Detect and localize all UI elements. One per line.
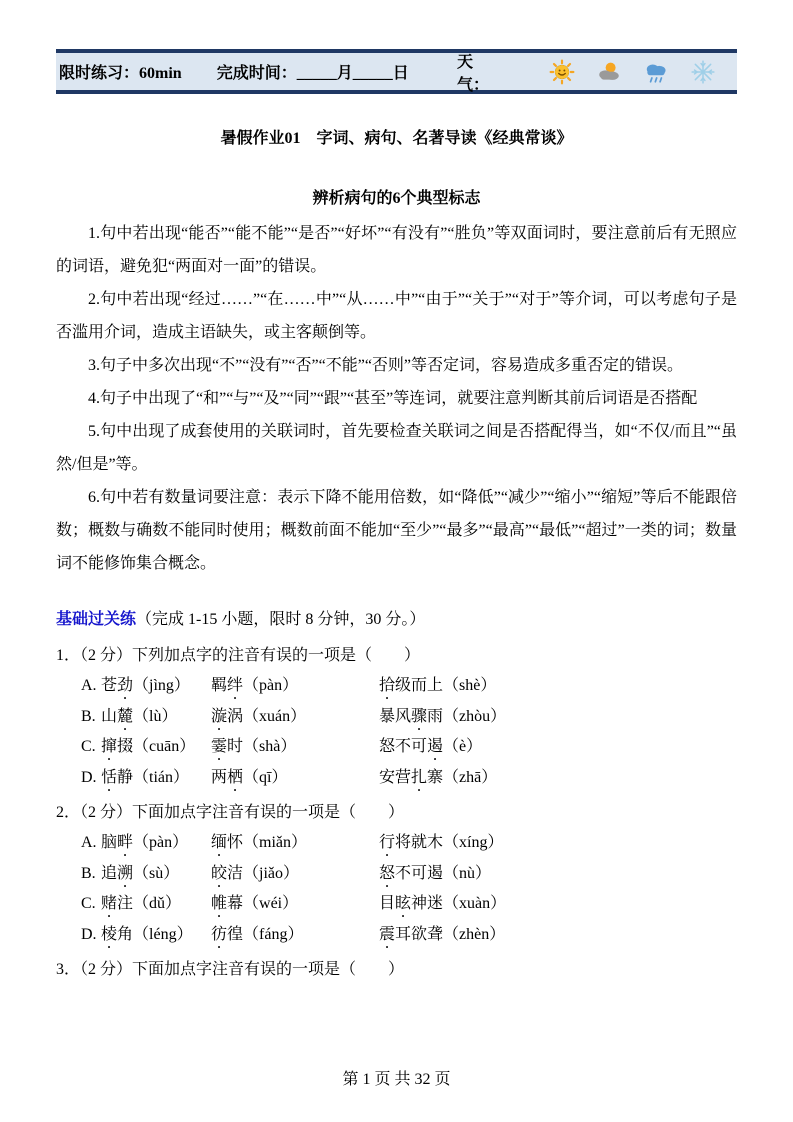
emphasized-char: 彷: [211, 926, 227, 943]
option-letter: C.: [81, 889, 101, 920]
completion-time-label: 完成时间：_____月_____日: [217, 60, 457, 83]
emphasized-char: 皎: [211, 865, 227, 882]
weather-label: 天气：: [457, 49, 489, 95]
option-word: 怒不可遏（è）: [379, 732, 737, 763]
option-word: 脑畔（pàn）: [101, 828, 211, 859]
option-row-1C: C.撺掇（cuān）霎时（shà）怒不可遏（è）: [56, 732, 737, 763]
option-word: 两栖（qī）: [211, 763, 379, 794]
tip-paragraph-3: 3.句子中多次出现“不”“没有”“否”“不能”“否则”等否定词，容易造成多重否定…: [56, 349, 737, 382]
option-word: 行将就木（xíng）: [379, 828, 737, 859]
emphasized-char: 遏: [427, 738, 443, 755]
emphasized-char: 帷: [211, 895, 227, 912]
emphasized-char: 霎: [211, 738, 227, 755]
option-row-2C: C.赌注（dǔ）帷幕（wéi）目眩神迷（xuàn）: [56, 889, 737, 920]
option-letter: B.: [81, 702, 101, 733]
sun-smiling-icon: [549, 59, 575, 85]
emphasized-char: 眩: [395, 895, 411, 912]
time-limit-label: 限时练习：60min: [59, 60, 217, 83]
option-row-1D: D.恬静（tián）两栖（qī）安营扎寨（zhā）: [56, 763, 737, 794]
option-word: 霎时（shà）: [211, 732, 379, 763]
option-letter: C.: [81, 732, 101, 763]
emphasized-char: 震: [379, 926, 395, 943]
emphasized-char: 溯: [117, 865, 133, 882]
emphasized-char: 赌: [101, 895, 117, 912]
tip-paragraph-2: 2.句中若出现“经过……”“在……中”“从……中”“由于”“关于”“对于”等介词…: [56, 283, 737, 349]
emphasized-char: 麓: [117, 708, 133, 725]
option-word: 帷幕（wéi）: [211, 889, 379, 920]
emphasized-char: 撺: [101, 738, 117, 755]
option-word: 彷徨（fáng）: [211, 920, 379, 951]
tips-list: 1.句中若出现“能否”“能不能”“是否”“好坏”“有没有”“胜负”等双面词时，要…: [56, 217, 737, 580]
option-word: 漩涡（xuán）: [211, 702, 379, 733]
weather-icons: [549, 59, 737, 85]
emphasized-char: 行: [379, 834, 395, 851]
option-word: 目眩神迷（xuàn）: [379, 889, 737, 920]
header-bar: 限时练习：60min 完成时间：_____月_____日 天气：: [56, 49, 737, 94]
option-word: 震耳欲聋（zhèn）: [379, 920, 737, 951]
option-letter: A.: [81, 828, 101, 859]
option-word: 皎洁（jiǎo）: [211, 859, 379, 890]
option-word: 安营扎寨（zhā）: [379, 763, 737, 794]
emphasized-char: 劲: [117, 677, 133, 694]
questions-list: 1．（2 分）下列加点字的注音有误的一项是（ ）A.苍劲（jìng）羁绊（pàn…: [56, 640, 737, 985]
option-word: 棱角（léng）: [101, 920, 211, 951]
worksheet-page: 限时练习：60min 完成时间：_____月_____日 天气： 暑假作业01 …: [0, 0, 793, 1122]
section-heading: 辨析病句的6个典型标志: [56, 185, 737, 208]
practice-heading: 基础过关练（完成 1-15 小题，限时 8 分钟，30 分。）: [56, 603, 737, 636]
tip-paragraph-1: 1.句中若出现“能否”“能不能”“是否”“好坏”“有没有”“胜负”等双面词时，要…: [56, 217, 737, 283]
emphasized-char: 扎: [411, 769, 427, 786]
emphasized-char: 畔: [117, 834, 133, 851]
weather-field: 天气：: [457, 49, 737, 95]
option-word: 山麓（lù）: [101, 702, 211, 733]
rain-cloud-icon: [643, 59, 669, 85]
tip-paragraph-5: 5.句中出现了成套使用的关联词时，首先要检查关联词之间是否搭配得当，如“不仅/而…: [56, 415, 737, 481]
option-row-1B: B.山麓（lù）漩涡（xuán）暴风骤雨（zhòu）: [56, 702, 737, 733]
emphasized-char: 绊: [227, 677, 243, 694]
option-word: 暴风骤雨（zhòu）: [379, 702, 737, 733]
option-word: 苍劲（jìng）: [101, 671, 211, 702]
option-letter: A.: [81, 671, 101, 702]
tip-paragraph-4: 4.句子中出现了“和”“与”“及”“同”“跟”“甚至”等连词，就要注意判断其前后…: [56, 382, 737, 415]
practice-section-title: 基础过关练: [56, 611, 136, 628]
tip-paragraph-6: 6.句中若有数量词要注意：表示下降不能用倍数，如“降低”“减少”“缩小”“缩短”…: [56, 481, 737, 580]
option-word: 羁绊（pàn）: [211, 671, 379, 702]
option-letter: B.: [81, 859, 101, 890]
emphasized-char: 缅: [211, 834, 227, 851]
emphasized-char: 骤: [411, 708, 427, 725]
emphasized-char: 怒: [379, 865, 395, 882]
option-word: 怒不可遏（nù）: [379, 859, 737, 890]
option-word: 赌注（dǔ）: [101, 889, 211, 920]
emphasized-char: 棱: [101, 926, 117, 943]
option-word: 撺掇（cuān）: [101, 732, 211, 763]
emphasized-char: 拾: [379, 677, 395, 694]
page-title: 暑假作业01 字词、病句、名著导读《经典常谈》: [56, 125, 737, 148]
option-word: 缅怀（miǎn）: [211, 828, 379, 859]
question-stem-2: 2．（2 分）下面加点字注音有误的一项是（ ）: [56, 797, 737, 828]
emphasized-char: 漩: [211, 708, 227, 725]
option-row-2A: A.脑畔（pàn）缅怀（miǎn）行将就木（xíng）: [56, 828, 737, 859]
sun-behind-cloud-icon: [596, 59, 622, 85]
option-letter: D.: [81, 763, 101, 794]
option-letter: D.: [81, 920, 101, 951]
option-row-2D: D.棱角（léng）彷徨（fáng）震耳欲聋（zhèn）: [56, 920, 737, 951]
option-row-1A: A.苍劲（jìng）羁绊（pàn）拾级而上（shè）: [56, 671, 737, 702]
emphasized-char: 栖: [227, 769, 243, 786]
practice-section-note: （完成 1-15 小题，限时 8 分钟，30 分。）: [136, 611, 425, 628]
question-stem-3: 3．（2 分）下面加点字注音有误的一项是（ ）: [56, 954, 737, 985]
question-stem-1: 1．（2 分）下列加点字的注音有误的一项是（ ）: [56, 640, 737, 671]
page-footer: 第 1 页 共 32 页: [0, 1066, 793, 1089]
option-row-2B: B.追溯（sù）皎洁（jiǎo）怒不可遏（nù）: [56, 859, 737, 890]
option-word: 追溯（sù）: [101, 859, 211, 890]
option-word: 恬静（tián）: [101, 763, 211, 794]
snowflake-icon: [690, 59, 716, 85]
emphasized-char: 恬: [101, 769, 117, 786]
option-word: 拾级而上（shè）: [379, 671, 737, 702]
